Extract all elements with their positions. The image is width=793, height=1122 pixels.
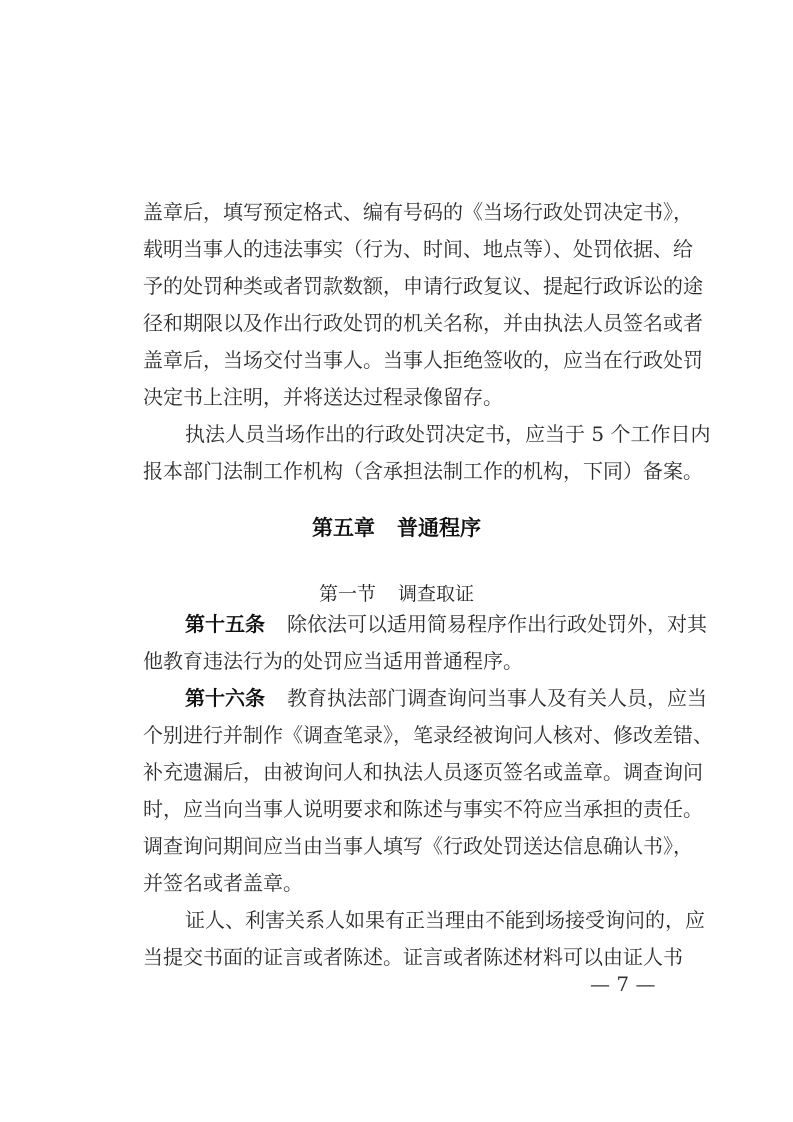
article-text: 除依法可以适用简易程序作出行政处罚外，对其 xyxy=(287,612,707,636)
text-line: 报本部门法制工作机构（含承担法制工作的机构，下同）备案。 xyxy=(143,459,655,483)
article-label: 第十六条 xyxy=(185,686,265,710)
document-page: 盖章后，填写预定格式、编有号码的《当场行政处罚决定书》， 载明当事人的违法事实（… xyxy=(0,0,793,1122)
chapter-title: 普通程序 xyxy=(397,516,481,540)
text-line: 他教育违法行为的处罚应当适用普通程序。 xyxy=(143,649,655,673)
text-line: 补充遗漏后，由被询问人和执法人员逐页签名或盖章。调查询问 xyxy=(143,760,655,784)
text-line: 径和期限以及作出行政处罚的机关名称，并由执法人员签名或者 xyxy=(143,311,655,335)
text-line: 执法人员当场作出的行政处罚决定书，应当于 5 个工作日内 xyxy=(143,422,655,446)
page-number: — 7 — xyxy=(590,972,655,996)
section-title: 调查取证 xyxy=(398,583,474,605)
text-line: 盖章后，填写预定格式、编有号码的《当场行政处罚决定书》， xyxy=(143,200,655,224)
article-text: 教育执法部门调查询问当事人及有关人员，应当 xyxy=(287,686,707,710)
section-heading: 第一节调查取证 xyxy=(0,579,793,606)
text-line: 当提交书面的证言或者陈述。证言或者陈述材料可以由证人书 xyxy=(143,945,655,969)
article-label: 第十五条 xyxy=(185,612,265,636)
text-line: 时，应当向当事人说明要求和陈述与事实不符应当承担的责任。 xyxy=(143,797,655,821)
section-number: 第一节 xyxy=(319,583,376,605)
article-16-line: 第十六条教育执法部门调查询问当事人及有关人员，应当 xyxy=(143,686,655,710)
chapter-heading: 第五章普通程序 xyxy=(0,512,793,542)
text-line: 予的处罚种类或者罚款数额，申请行政复议、提起行政诉讼的途 xyxy=(143,274,655,298)
text-line: 证人、利害关系人如果有正当理由不能到场接受询问的，应 xyxy=(143,908,655,932)
text-line: 决定书上注明，并将送达过程录像留存。 xyxy=(143,385,655,409)
text-line: 并签名或者盖章。 xyxy=(143,871,655,895)
text-line: 盖章后，当场交付当事人。当事人拒绝签收的，应当在行政处罚 xyxy=(143,348,655,372)
text-line: 载明当事人的违法事实（行为、时间、地点等）、处罚依据、给 xyxy=(143,237,655,261)
chapter-number: 第五章 xyxy=(312,516,375,540)
text-line: 个别进行并制作《调查笔录》，笔录经被询问人核对、修改差错、 xyxy=(143,723,655,747)
article-15-line: 第十五条除依法可以适用简易程序作出行政处罚外，对其 xyxy=(143,612,655,636)
text-line: 调查询问期间应当由当事人填写《行政处罚送达信息确认书》， xyxy=(143,834,655,858)
